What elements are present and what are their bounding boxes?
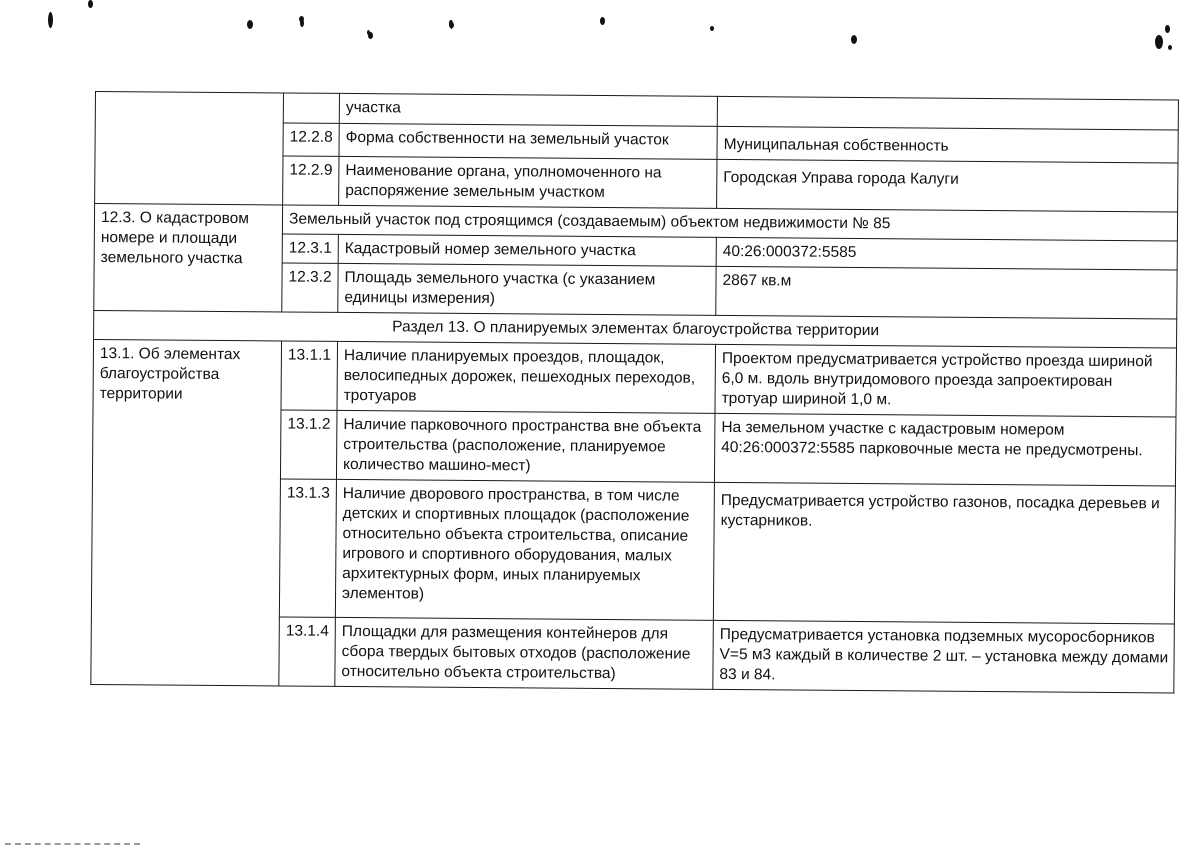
row-value: Предусматривается устройство газонов, по… [713,482,1175,624]
row-number: 13.1.4 [279,617,336,686]
scan-speck [450,20,453,29]
row-label: Наличие дворового пространства, в том чи… [335,479,714,620]
row-label: Площадки для размещения контейнеров для … [335,617,714,689]
group-title-13-1: 13.1. Об элементах благоустройства терри… [91,339,282,685]
scan-speck [300,19,304,27]
row-value: Проектом предусматривается устройство пр… [715,344,1177,417]
scan-speck [1165,25,1170,33]
row-value: Предусматривается установка подземных му… [713,620,1175,693]
row-number: 12.3.1 [282,234,338,263]
scan-speck [1155,35,1163,49]
group-title-12-3: 12.3. О кадастровом номере и площади зем… [94,204,283,312]
row-value: 2867 кв.м [716,266,1177,319]
group-cell-12-2-continued [95,92,284,205]
scan-speck [710,26,714,31]
row-value: 40:26:000372:5585 [716,237,1177,270]
row-label: Наличие парковочного пространства вне об… [336,410,715,482]
row-value: На земельном участке с кадастровым номер… [714,413,1176,486]
scan-speck [368,32,373,39]
row-label: Форма собственности на земельный участок [339,123,717,159]
document-page: участка 12.2.8 Форма собственности на зе… [90,91,1178,693]
row-number: 12.2.8 [283,123,339,156]
row-number [283,93,339,123]
scan-speck [600,17,605,25]
row-label: Кадастровый номер земельного участка [338,234,716,266]
project-declaration-table: участка 12.2.8 Форма собственности на зе… [90,91,1179,693]
scan-speck [851,35,857,44]
row-number: 12.3.2 [282,263,338,312]
row-number: 12.2.9 [283,156,339,205]
row-number: 13.1.3 [279,479,336,617]
row-value [717,96,1178,130]
table-row: 13.1. Об элементах благоустройства терри… [93,339,1177,417]
table-row: участка [95,92,1178,131]
scan-speck [88,0,93,8]
row-number: 13.1.1 [281,341,338,410]
row-label: Наименование органа, уполномоченного на … [339,156,717,208]
scan-edge-noise [5,843,140,847]
row-label: Наличие планируемых проездов, площадок, … [337,341,716,413]
scan-speck [48,12,53,28]
scan-speck [1168,45,1172,50]
row-label: Площадь земельного участка (с указанием … [338,263,716,315]
row-number: 13.1.2 [280,410,337,479]
row-value: Муниципальная собственность [717,126,1178,163]
scan-speck [247,20,253,29]
row-value: Городская Управа города Калуги [717,159,1178,212]
row-label: участка [339,93,717,126]
